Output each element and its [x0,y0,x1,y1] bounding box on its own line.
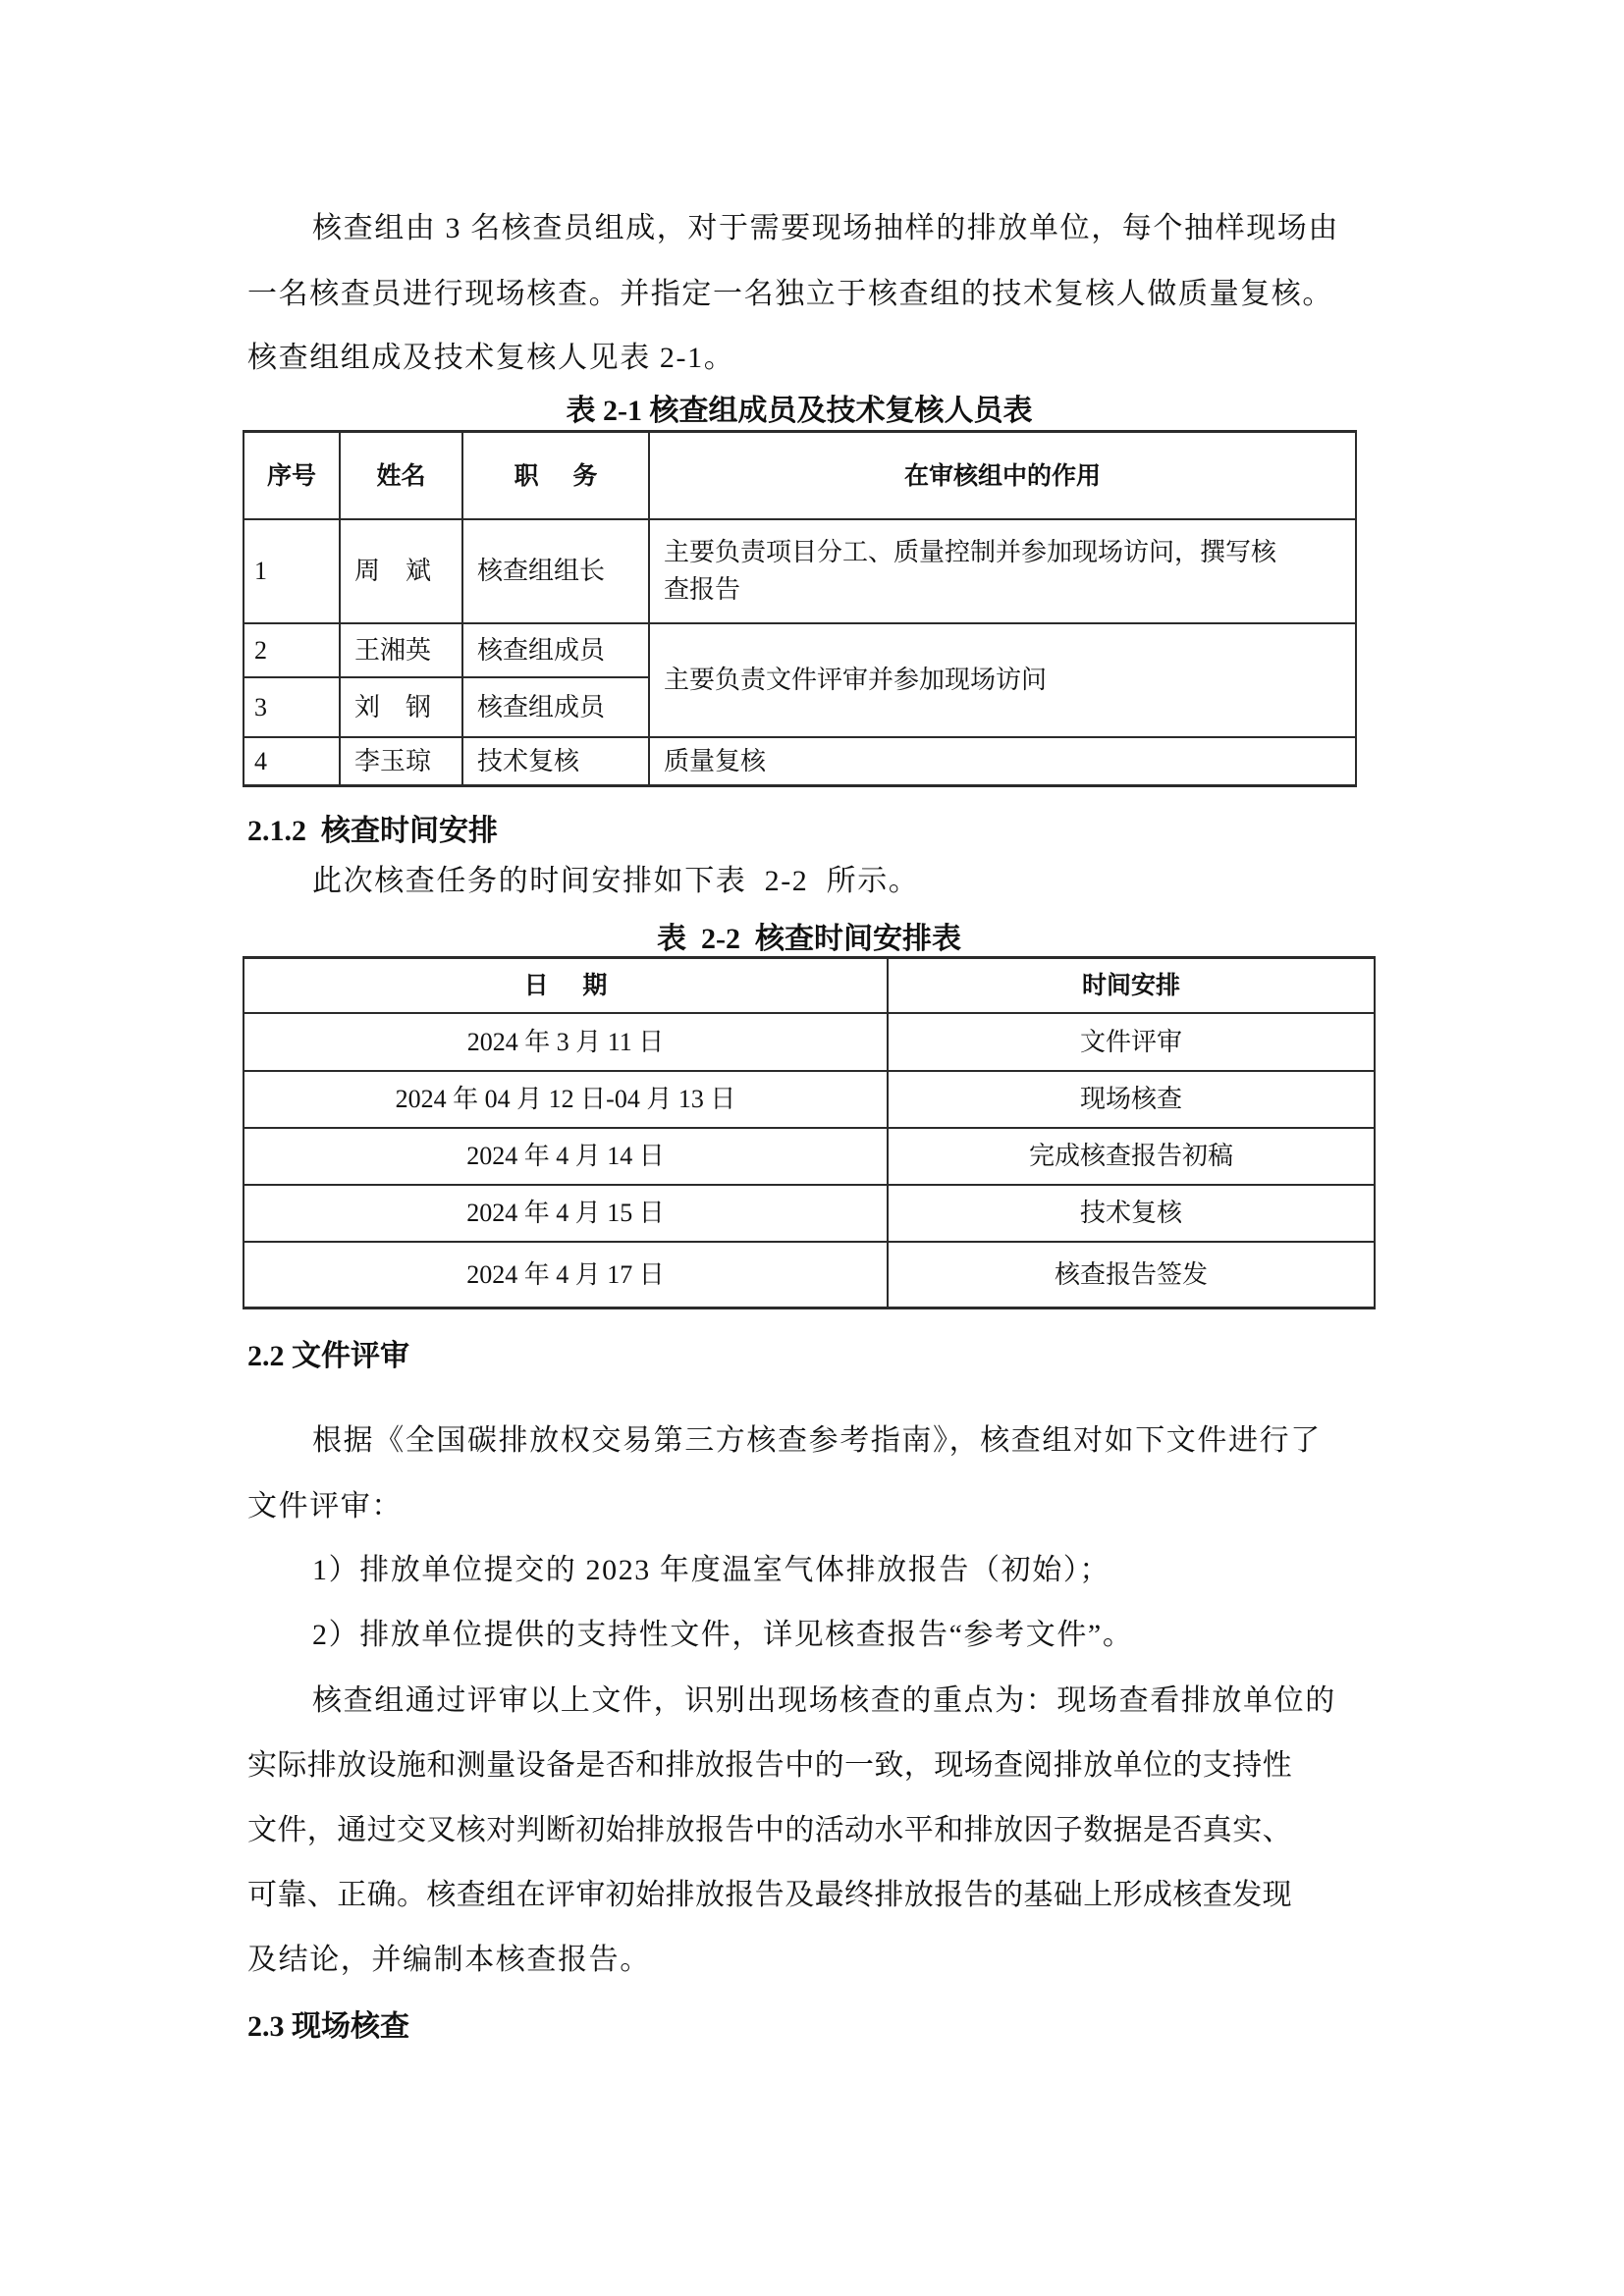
cell-task: 完成核查报告初稿 [889,1129,1374,1184]
table-border [243,784,1357,787]
section-2-2-p1-line-1: 根据《全国碳排放权交易第三方核查参考指南》，核查组对如下文件进行了 [312,1426,1322,1456]
table-header-no: 序号 [244,433,339,518]
cell-date: 2024 年 4 月 15 日 [244,1186,887,1241]
intro-line-2: 一名核查员进行现场核查。并指定一名独立于核查组的技术复核人做质量复核。 [247,280,1333,309]
section-2-2-p2-line-5: 及结论，并编制本核查报告。 [247,1946,651,1975]
cell-name: 周 斌 [341,520,461,622]
table-2-2-caption: 表 2-2 核查时间安排表 [243,925,1376,954]
cell-role: 主要负责项目分工、质量控制并参加现场访问，撰写核 查报告 [650,520,1355,622]
section-2-2-p2-line-4: 可靠、正确。核查组在评审初始排放报告及最终排放报告的基础上形成核查发现 [247,1881,1292,1910]
intro-line-1: 核查组由 3 名核查员组成，对于需要现场抽样的排放单位，每个抽样现场由 [312,214,1339,243]
intro-line-3: 核查组组成及技术复核人见表 2-1。 [247,344,734,373]
section-2-2-p2-line-3: 文件，通过交叉核对判断初始排放报告中的活动水平和排放因子数据是否真实、 [247,1816,1292,1845]
cell-task: 核查报告签发 [889,1243,1374,1307]
cell-no: 2 [244,624,339,676]
cell-task: 现场核查 [889,1072,1374,1127]
cell-task: 技术复核 [889,1186,1374,1241]
cell-name: 李玉琼 [341,738,461,784]
cell-role-merged: 主要负责文件评审并参加现场访问 [650,624,1355,736]
table-header-role: 在审核组中的作用 [650,433,1355,518]
table-border [243,1307,1376,1309]
section-2-2-p2-line-1: 核查组通过评审以上文件，识别出现场核查的重点为：现场查看排放单位的 [312,1686,1336,1716]
list-item: 1）排放单位提交的 2023 年度温室气体排放报告（初始）； [312,1556,1110,1585]
table-header-name: 姓名 [341,433,461,518]
section-heading-2-1-2: 2.1.2 核查时间安排 [247,817,498,846]
table-2-1-caption: 表 2-1 核查组成员及技术复核人员表 [243,397,1356,426]
cell-title: 核查组成员 [463,624,648,676]
section-2-1-2-text: 此次核查任务的时间安排如下表 2-2 所示。 [312,867,919,896]
section-heading-2-2: 2.2 文件评审 [247,1342,409,1371]
section-2-2-p1-line-2: 文件评审： [247,1492,403,1522]
cell-task: 文件评审 [889,1014,1374,1070]
cell-date: 2024 年 4 月 14 日 [244,1129,887,1184]
cell-date: 2024 年 3 月 11 日 [244,1014,887,1070]
table-border [1374,956,1376,1309]
cell-role: 质量复核 [650,738,1355,784]
cell-title: 核查组组长 [463,520,648,622]
cell-name: 刘 钢 [341,678,461,736]
list-item: 2）排放单位提供的支持性文件，详见核查报告“参考文件”。 [312,1621,1133,1650]
cell-no: 1 [244,520,339,622]
section-heading-2-3: 2.3 现场核查 [247,2012,409,2042]
cell-date: 2024 年 4 月 17 日 [244,1243,887,1307]
cell-title: 核查组成员 [463,678,648,736]
table-border [1355,430,1357,787]
table-header-schedule: 时间安排 [889,959,1374,1012]
cell-date: 2024 年 04 月 12 日-04 月 13 日 [244,1072,887,1127]
cell-name: 王湘英 [341,624,461,676]
table-header-title: 职 务 [463,433,648,518]
cell-no: 4 [244,738,339,784]
cell-role-line-1: 主要负责项目分工、质量控制并参加现场访问，撰写核 [664,534,1276,571]
section-2-2-p2-line-2: 实际排放设施和测量设备是否和排放报告中的一致，现场查阅排放单位的支持性 [247,1751,1292,1781]
cell-role-line-2: 查报告 [664,571,740,609]
cell-no: 3 [244,678,339,736]
cell-title: 技术复核 [463,738,648,784]
table-header-date: 日 期 [244,959,887,1012]
